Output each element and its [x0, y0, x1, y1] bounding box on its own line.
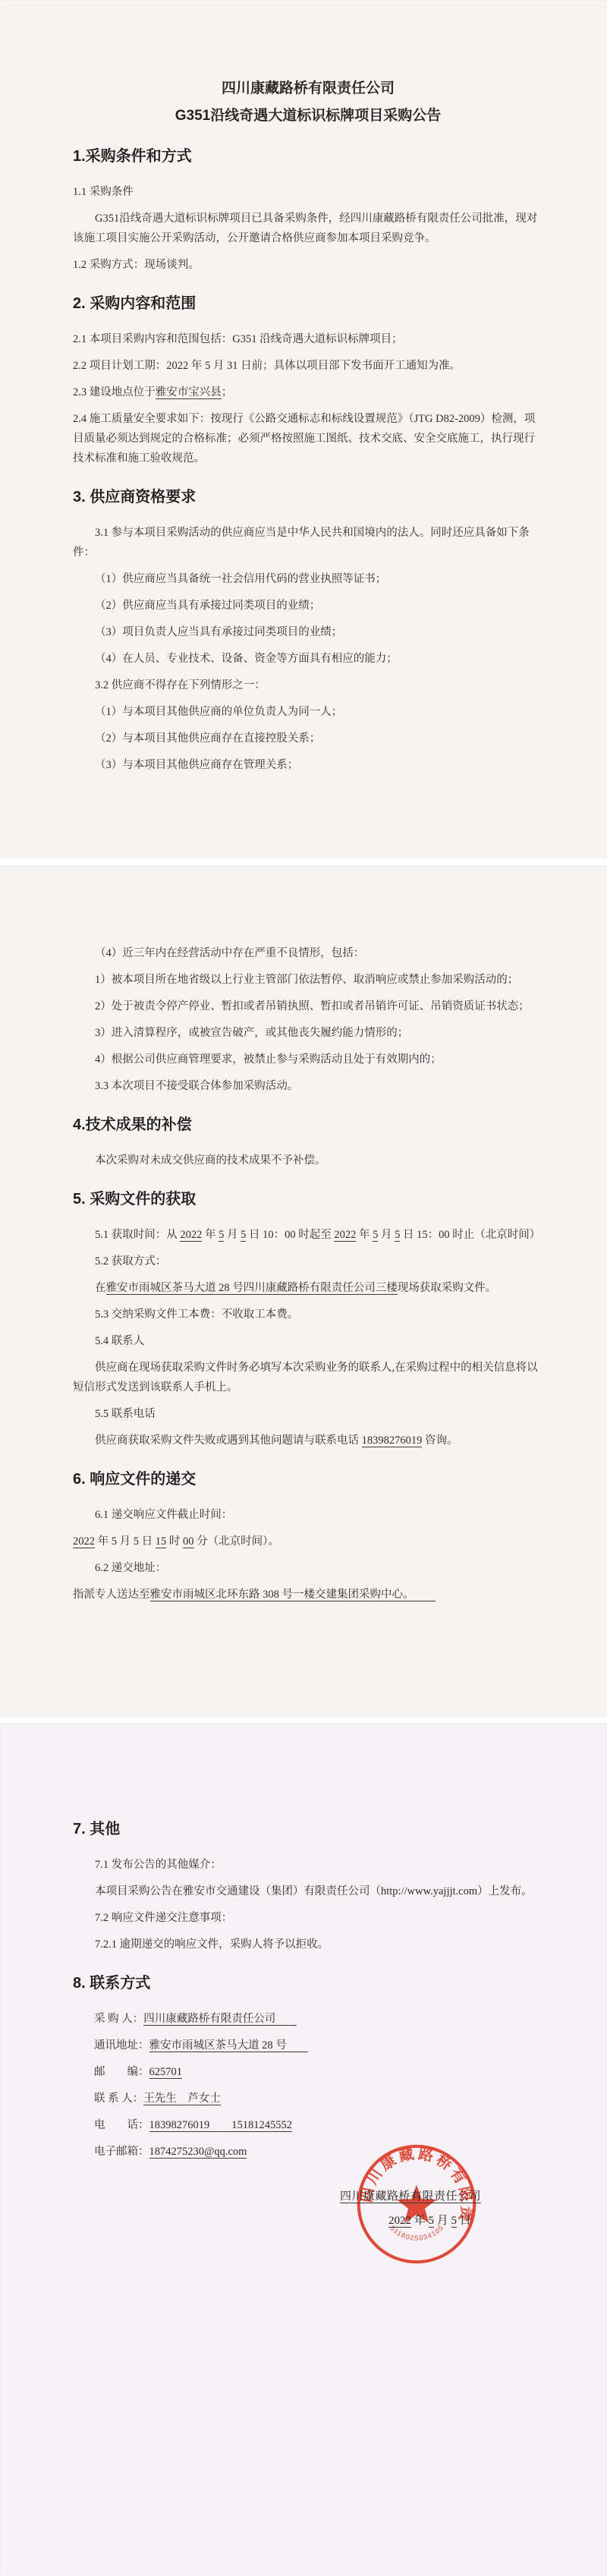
- paragraph: 1.2 采购方式：现场谈判。: [73, 255, 543, 275]
- paragraph: （4）近三年内在经营活动中存在严重不良情形，包括：: [73, 943, 543, 963]
- paragraph: 7.1 发布公告的其他媒介：: [73, 1855, 543, 1875]
- paragraph: （1）供应商应当具备统一社会信用代码的营业执照等证书；: [73, 569, 543, 589]
- paragraph: 指派专人送达至雅安市雨城区北环东路 308 号一楼交建集团采购中心。: [73, 1585, 543, 1604]
- paragraph: 2.1 本项目采购内容和范围包括：G351 沿线奇遇大道标识标牌项目；: [73, 329, 543, 349]
- contact-field: 联 系 人：王先生 芦女士: [73, 2089, 543, 2108]
- paragraph: 6.2 递交地址：: [73, 1558, 543, 1578]
- paragraph: 2）处于被责令停产停业、暂扣或者吊销执照、暂扣或者吊销许可证、吊销资质证书状态；: [73, 997, 543, 1016]
- section-heading: 8. 联系方式: [73, 1973, 543, 1994]
- doc-title-line: G351沿线奇遇大道标识标牌项目采购公告: [73, 105, 543, 128]
- page-3-content: 7. 其他7.1 发布公告的其他媒介：本项目采购公告在雅安市交通建设（集团）有限…: [73, 1819, 543, 2162]
- paragraph: 3.1 参与本项目采购活动的供应商应当是中华人民共和国境内的法人。同时还应具备如…: [73, 523, 543, 562]
- page-1: 四川康藏路桥有限责任公司G351沿线奇遇大道标识标牌项目采购公告1.采购条件和方…: [0, 0, 607, 859]
- paragraph: 在雅安市雨城区茶马大道 28 号四川康藏路桥有限责任公司三楼现场获取采购文件。: [73, 1278, 543, 1298]
- paragraph: 4）根据公司供应商管理要求，被禁止参与采购活动且处于有效期内的；: [73, 1050, 543, 1069]
- signature-company: 四川康藏路桥有限责任公司: [340, 2187, 481, 2203]
- section-heading: 4.技术成果的补偿: [73, 1114, 543, 1135]
- paragraph: 2.2 项目计划工期：2022 年 5 月 31 日前；具体以项目部下发书面开工…: [73, 356, 543, 376]
- paragraph: G351沿线奇遇大道标识标牌项目已具备采购条件，经四川康藏路桥有限责任公司批准，…: [73, 209, 543, 248]
- signature-day: 5: [451, 2215, 458, 2228]
- paragraph: 供应商获取采购文件失败或遇到其他问题请与联系电话 18398276019 咨询。: [73, 1431, 543, 1450]
- paragraph: 5.3 交纳采购文件工本费：不收取工本费。: [73, 1305, 543, 1324]
- paragraph: 5.4 联系人: [73, 1331, 543, 1351]
- section-heading: 6. 响应文件的递交: [73, 1469, 543, 1490]
- section-heading: 2. 采购内容和范围: [73, 293, 543, 314]
- signature-day-unit: 日: [457, 2215, 471, 2227]
- page-2-content: （4）近三年内在经营活动中存在严重不良情形，包括：1）被本项目所在地省级以上行业…: [73, 943, 543, 1604]
- paragraph: 供应商在现场获取采购文件时务必填写本次采购业务的联系人,在采购过程中的相关信息将…: [73, 1358, 543, 1397]
- paragraph: （3）项目负责人应当具有承接过同类项目的业绩；: [73, 622, 543, 642]
- page-3: 7. 其他7.1 发布公告的其他媒介：本项目采购公告在雅安市交通建设（集团）有限…: [0, 1723, 607, 2576]
- signature-month-unit: 月: [434, 2215, 451, 2227]
- signature-year-unit: 年: [411, 2215, 429, 2227]
- paragraph: （2）与本项目其他供应商存在直接控股关系；: [73, 729, 543, 748]
- section-heading: 5. 采购文件的获取: [73, 1189, 543, 1210]
- paragraph: 6.1 递交响应文件截止时间：: [73, 1505, 543, 1525]
- page-2: （4）近三年内在经营活动中存在严重不良情形，包括：1）被本项目所在地省级以上行业…: [0, 865, 607, 1718]
- contact-field: 通讯地址：雅安市雨城区茶马大道 28 号: [73, 2036, 543, 2055]
- company-seal-icon: 四川康藏路桥有限责任公司 5118025034105: [354, 2142, 479, 2266]
- signature-year: 2022: [388, 2215, 411, 2228]
- paragraph: 3.2 供应商不得存在下列情形之一：: [73, 675, 543, 695]
- paragraph: （1）与本项目其他供应商的单位负责人为同一人；: [73, 702, 543, 722]
- document: 四川康藏路桥有限责任公司G351沿线奇遇大道标识标牌项目采购公告1.采购条件和方…: [0, 0, 607, 2576]
- contact-field: 采 购 人：四川康藏路桥有限责任公司: [73, 2009, 543, 2029]
- paragraph: 1）被本项目所在地省级以上行业主管部门依法暂停、取消响应或禁止参加采购活动的；: [73, 970, 543, 990]
- paragraph: 本项目采购公告在雅安市交通建设（集团）有限责任公司（http://www.yaj…: [73, 1882, 543, 1901]
- paragraph: （3）与本项目其他供应商存在管理关系；: [73, 755, 543, 775]
- paragraph: 本次采购对未成交供应商的技术成果不予补偿。: [73, 1151, 543, 1170]
- section-heading: 3. 供应商资格要求: [73, 487, 543, 508]
- doc-title-line: 四川康藏路桥有限责任公司: [73, 77, 543, 100]
- paragraph: 2022 年 5 月 5 日 15 时 00 分（北京时间）。: [73, 1532, 543, 1551]
- paragraph: 5.2 获取方式：: [73, 1252, 543, 1271]
- section-heading: 1.采购条件和方式: [73, 146, 543, 167]
- paragraph: 3.3 本次项目不接受联合体参加采购活动。: [73, 1076, 543, 1096]
- paragraph: 3）进入清算程序，或被宣告破产，或其他丧失履约能力情形的；: [73, 1023, 543, 1043]
- paragraph: 5.1 获取时间：从 2022 年 5 月 5 日 10：00 时起至 2022…: [73, 1225, 543, 1245]
- contact-field: 邮 编：625701: [73, 2062, 543, 2082]
- page-1-content: 四川康藏路桥有限责任公司G351沿线奇遇大道标识标牌项目采购公告1.采购条件和方…: [73, 77, 543, 775]
- paragraph: 2.4 施工质量安全要求如下：按现行《公路交通标志和标线设置规范》（JTG D8…: [73, 409, 543, 468]
- contact-field: 电 话：18398276019 15181245552: [73, 2115, 543, 2135]
- signature-month: 5: [429, 2215, 435, 2228]
- paragraph: （2）供应商应当具有承接过同类项目的业绩；: [73, 596, 543, 616]
- paragraph: 7.2.1 逾期递交的响应文件，采购人将予以拒收。: [73, 1935, 543, 1954]
- paragraph: 1.1 采购条件: [73, 182, 543, 202]
- paragraph: 2.3 建设地点位于雅安市宝兴县；: [73, 383, 543, 402]
- signature-date: 2022 年 5 月 5 日: [388, 2212, 471, 2228]
- paragraph: 5.5 联系电话: [73, 1404, 543, 1424]
- signature-company-text: 四川康藏路桥有限责任公司: [340, 2190, 481, 2203]
- paragraph: （4）在人员、专业技术、设备、资金等方面具有相应的能力；: [73, 649, 543, 669]
- paragraph: 7.2 响应文件递交注意事项：: [73, 1908, 543, 1928]
- section-heading: 7. 其他: [73, 1819, 543, 1840]
